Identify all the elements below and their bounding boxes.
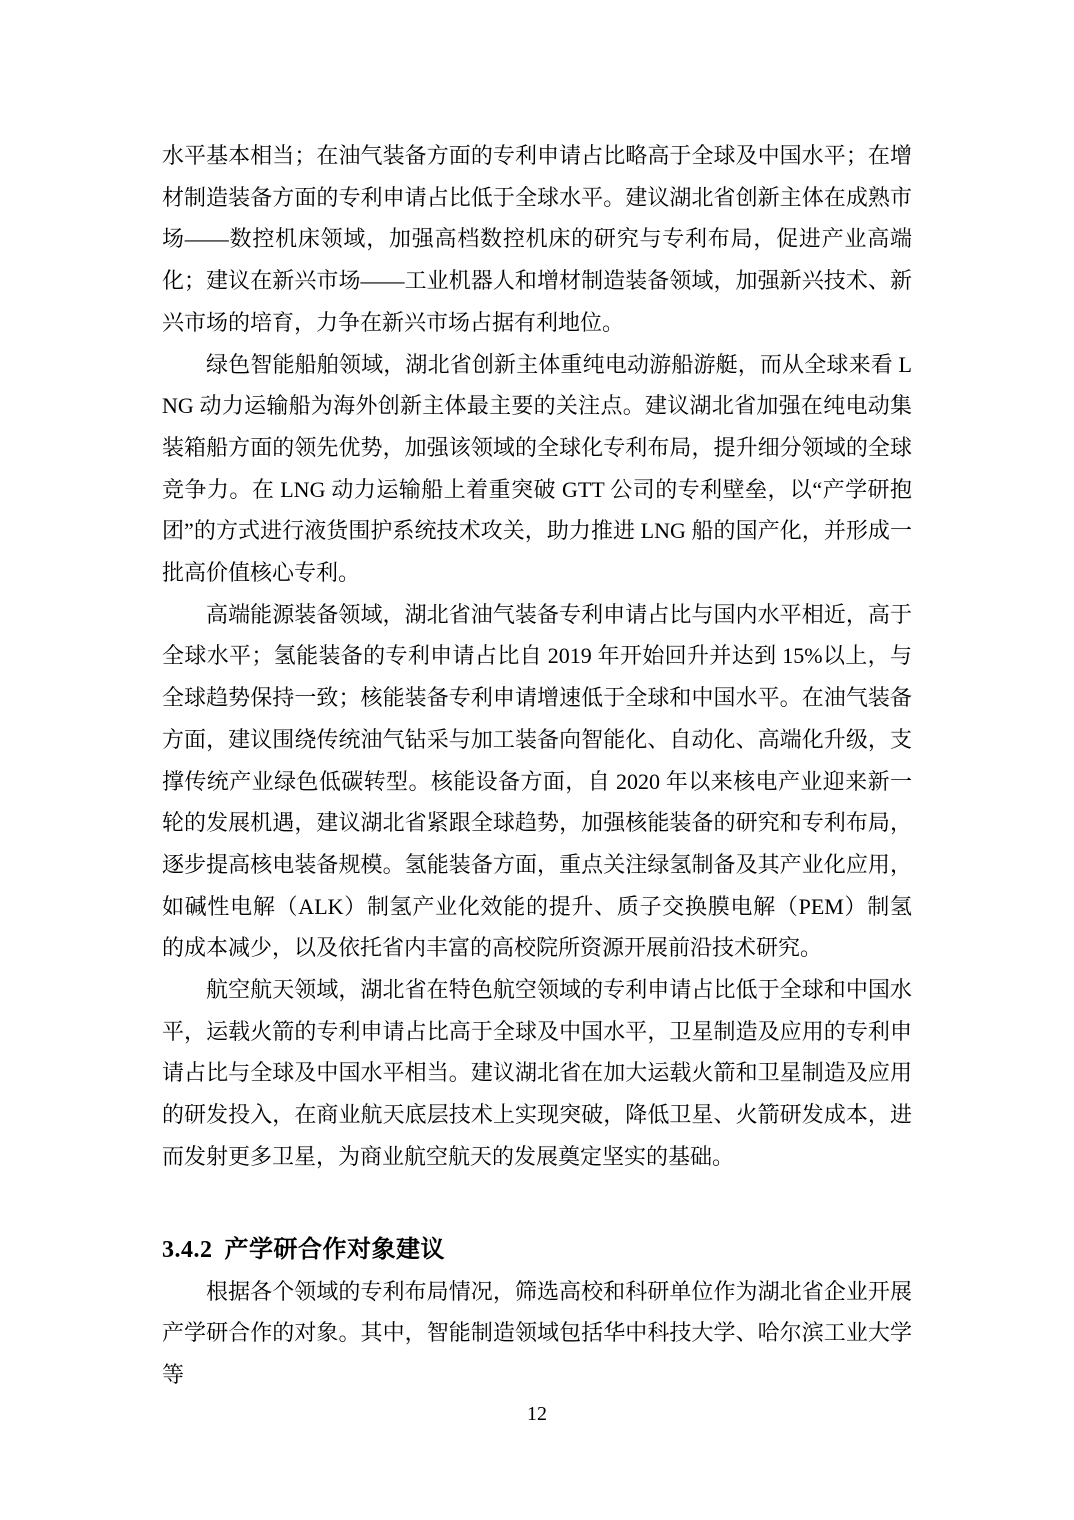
paragraph-continued: 水平基本相当；在油气装备方面的专利申请占比略高于全球及中国水平；在增材制造装备方… (162, 135, 912, 344)
page-number: 12 (527, 1403, 547, 1425)
document-page: 水平基本相当；在油气装备方面的专利申请占比略高于全球及中国水平；在增材制造装备方… (0, 0, 1074, 1520)
paragraph-cooperation-targets: 根据各个领域的专利布局情况，筛选高校和科研单位作为湖北省企业开展产学研合作的对象… (162, 1271, 912, 1396)
section-heading: 3.4.2产学研合作对象建议 (162, 1229, 912, 1271)
section-title: 产学研合作对象建议 (225, 1237, 446, 1263)
page-body: 水平基本相当；在油气装备方面的专利申请占比略高于全球及中国水平；在增材制造装备方… (162, 135, 912, 1396)
paragraph-green-smart-ships: 绿色智能船舶领域，湖北省创新主体重纯电动游船游艇，而从全球来看 LNG 动力运输… (162, 344, 912, 594)
paragraph-aerospace: 航空航天领域，湖北省在特色航空领域的专利申请占比低于全球和中国水平，运载火箭的专… (162, 969, 912, 1178)
page-footer: 12 (0, 1402, 1074, 1426)
paragraph-high-end-energy-equipment: 高端能源装备领域，湖北省油气装备专利申请占比与国内水平相近，高于全球水平；氢能装… (162, 594, 912, 969)
section-number: 3.4.2 (162, 1237, 213, 1263)
